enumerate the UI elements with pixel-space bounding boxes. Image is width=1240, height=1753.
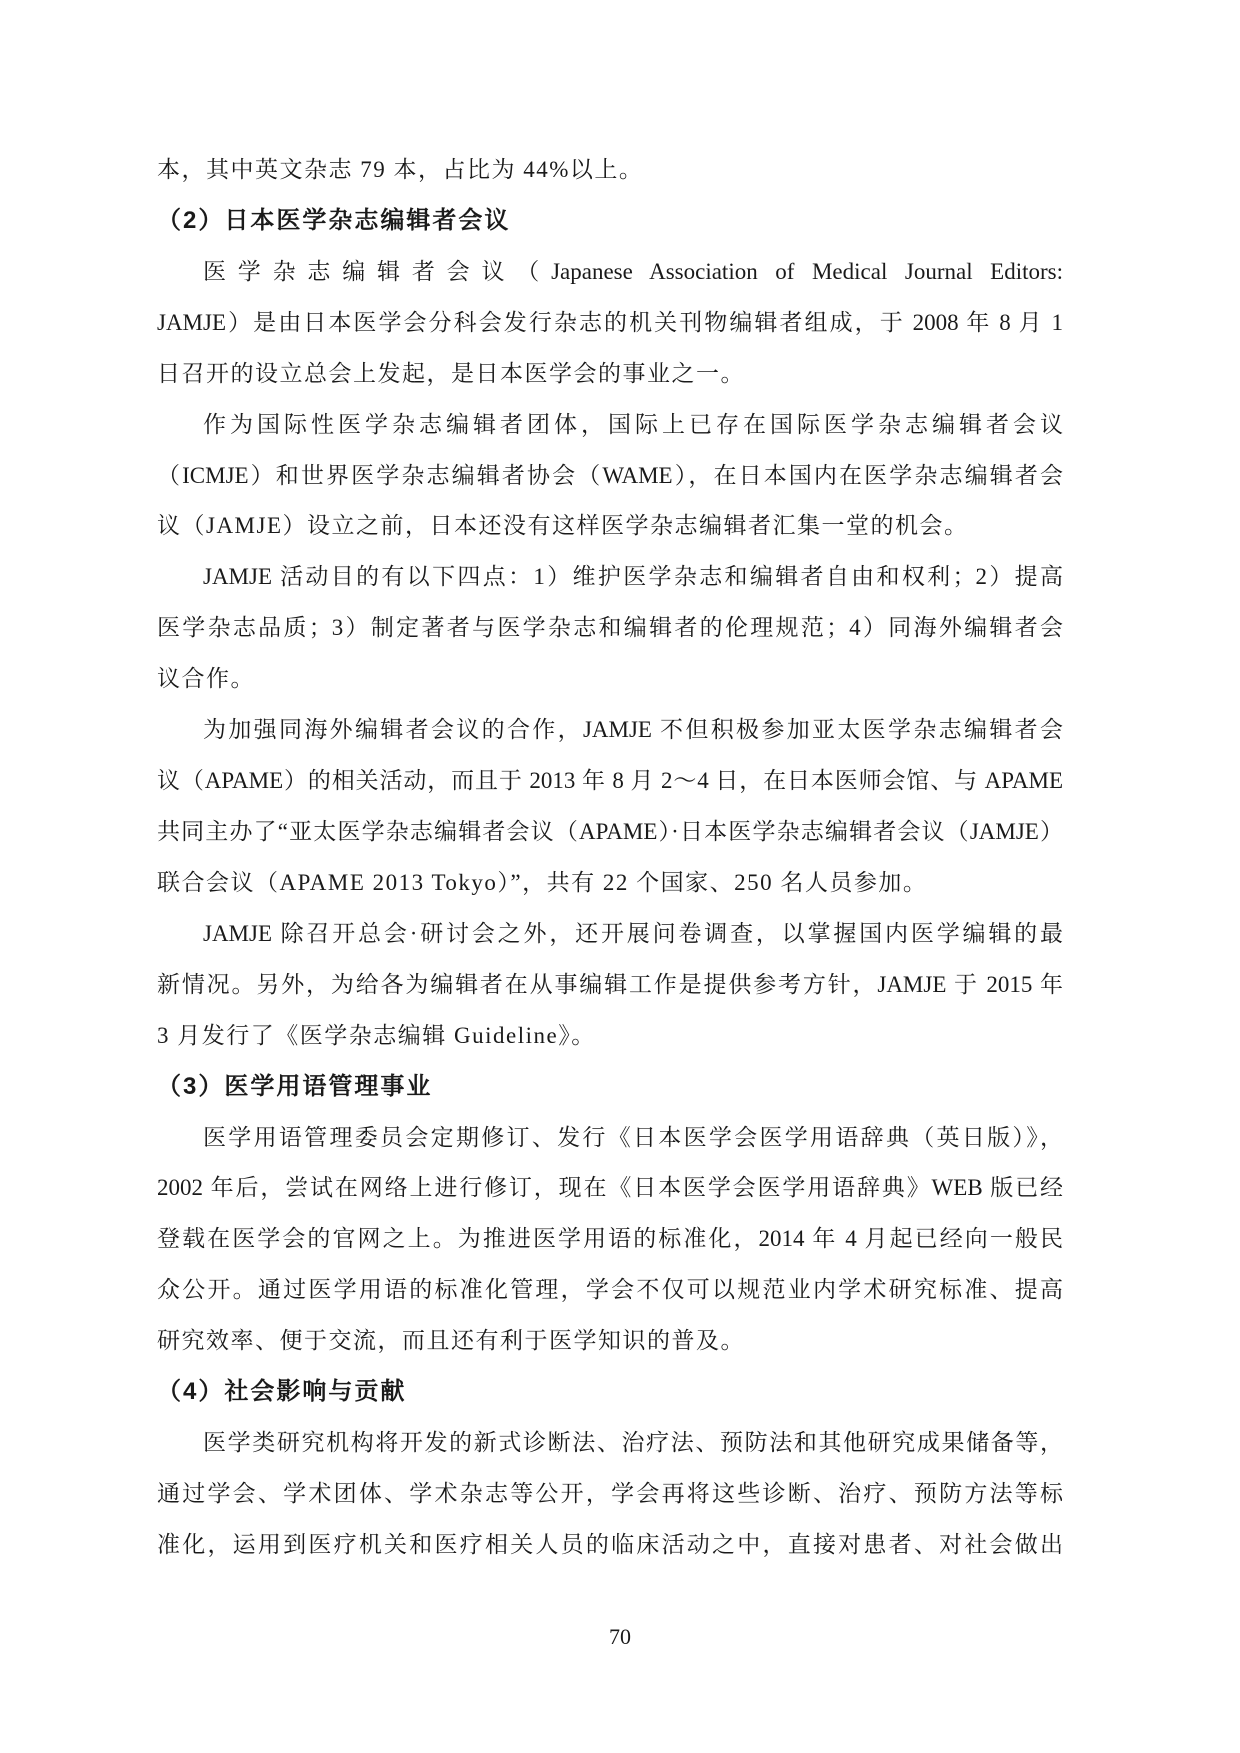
text-line: 议（APAME）的相关活动，而且于 2013 年 8 月 2～4 日，在日本医师… [157,756,1063,807]
text-line: 准化，运用到医疗机关和医疗相关人员的临床活动之中，直接对患者、对社会做出 [157,1520,1063,1571]
text-line: 3 月发行了《医学杂志编辑 Guideline》。 [157,1011,1063,1062]
text-line: （ICMJE）和世界医学杂志编辑者协会（WAME），在日本国内在医学杂志编辑者会 [157,451,1063,502]
text-line: 2002 年后，尝试在网络上进行修订，现在《日本医学会医学用语辞典》WEB 版已… [157,1163,1063,1214]
text-line: JAMJE 除召开总会·研讨会之外，还开展问卷调查，以掌握国内医学编辑的最 [157,909,1063,960]
text-line: 研究效率、便于交流，而且还有利于医学知识的普及。 [157,1316,1063,1367]
text-line: 议合作。 [157,654,1063,705]
section-heading: （3）医学用语管理事业 [157,1062,1063,1113]
document-text: 本，其中英文杂志 79 本，占比为 44%以上。（2）日本医学杂志编辑者会议医学… [157,145,1063,1571]
section-heading: （4）社会影响与贡献 [157,1367,1063,1418]
text-line: 议（JAMJE）设立之前，日本还没有这样医学杂志编辑者汇集一堂的机会。 [157,501,1063,552]
text-line: 联合会议（APAME 2013 Tokyo）”，共有 22 个国家、250 名人… [157,858,1063,909]
text-line: 共同主办了“亚太医学杂志编辑者会议（APAME）·日本医学杂志编辑者会议（JAM… [157,807,1063,858]
text-line: 本，其中英文杂志 79 本，占比为 44%以上。 [157,145,1063,196]
text-line: JAMJE 活动目的有以下四点：1）维护医学杂志和编辑者自由和权利；2）提高 [157,552,1063,603]
text-line: JAMJE）是由日本医学会分科会发行杂志的机关刊物编辑者组成，于 2008 年 … [157,298,1063,349]
text-line: 医学杂志编辑者会议（Japanese Association of Medica… [157,247,1063,298]
text-line: 医学类研究机构将开发的新式诊断法、治疗法、预防法和其他研究成果储备等， [157,1418,1063,1469]
text-line: 通过学会、学术团体、学术杂志等公开，学会再将这些诊断、治疗、预防方法等标 [157,1469,1063,1520]
text-line: 为加强同海外编辑者会议的合作，JAMJE 不但积极参加亚太医学杂志编辑者会 [157,705,1063,756]
text-line: 医学用语管理委员会定期修订、发行《日本医学会医学用语辞典（英日版）》， [157,1113,1063,1164]
text-line: 医学杂志品质；3）制定著者与医学杂志和编辑者的伦理规范；4）同海外编辑者会 [157,603,1063,654]
text-line: 登载在医学会的官网之上。为推进医学用语的标准化，2014 年 4 月起已经向一般… [157,1214,1063,1265]
document-page: 本，其中英文杂志 79 本，占比为 44%以上。（2）日本医学杂志编辑者会议医学… [0,0,1240,1753]
text-line: 新情况。另外，为给各为编辑者在从事编辑工作是提供参考方针，JAMJE 于 201… [157,960,1063,1011]
section-heading: （2）日本医学杂志编辑者会议 [157,196,1063,247]
text-line: 众公开。通过医学用语的标准化管理，学会不仅可以规范业内学术研究标准、提高 [157,1265,1063,1316]
text-line: 日召开的设立总会上发起，是日本医学会的事业之一。 [157,349,1063,400]
text-line: 作为国际性医学杂志编辑者团体，国际上已存在国际医学杂志编辑者会议 [157,400,1063,451]
page-number: 70 [0,1623,1240,1651]
